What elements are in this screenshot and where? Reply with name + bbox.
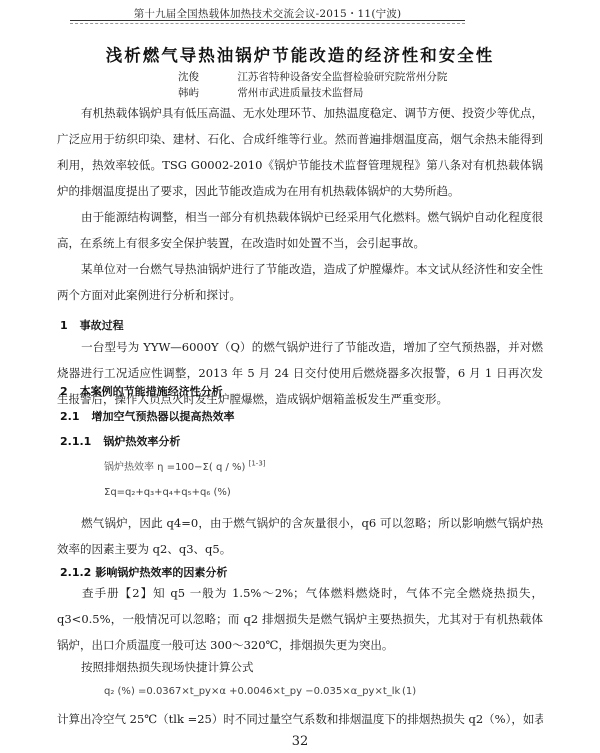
section-title: 事故过程 xyxy=(80,319,124,332)
section-2-1-2-paragraph-2: 按照排烟热损失现场快捷计算公式 xyxy=(57,654,543,680)
paragraph-text: 由于能源结构调整，相当一部分有机热载体锅炉已经采用气化燃料。燃气锅炉自动化程度很… xyxy=(57,210,543,250)
intro-paragraph-1: 有机热载体锅炉具有低压高温、无水处理环节、加热温度稳定、调节方便、投资少等优点，… xyxy=(57,100,543,204)
section-1-paragraph: 一台型号为 YYW—6000Y（Q）的燃气锅炉进行了节能改造，增加了空气预热器，… xyxy=(57,334,543,412)
paragraph-text: 按照排烟热损失现场快捷计算公式 xyxy=(81,660,254,674)
intro-paragraph-2: 由于能源结构调整，相当一部分有机热载体锅炉已经采用气化燃料。燃气锅炉自动化程度很… xyxy=(57,204,543,256)
section-heading-2-1-1: 2.1.1锅炉热效率分析 xyxy=(60,433,180,449)
formula-text: Σq=q₂+q₃+q₄+q₅+q₆ (%) xyxy=(104,487,231,498)
formula-number: (1) xyxy=(402,686,416,697)
header-rule-secondary xyxy=(70,23,465,24)
paper-title: 浅析燃气导热油锅炉节能改造的经济性和安全性 xyxy=(0,42,600,66)
section-title: 影响锅炉热效率的因素分析 xyxy=(95,566,227,579)
section-2-1-1-paragraph: 燃气锅炉，因此 q4=0，由于燃气锅炉的含灰量很小，q6 可以忽略；所以影响燃气… xyxy=(57,510,543,562)
formula-sum: Σq=q₂+q₃+q₄+q₅+q₆ (%) xyxy=(104,487,231,498)
paragraph-text: 计算出冷空气 25℃（tlk =25）时不同过量空气系数和排烟温度下的排烟热损失… xyxy=(57,712,543,726)
author-affiliation: 江苏省特种设备安全监督检验研究院常州分院 xyxy=(237,71,447,83)
section-number: 2.1.1 xyxy=(60,435,91,448)
section-number: 2 xyxy=(60,385,68,398)
paragraph-text: 有机热载体锅炉具有低压高温、无水处理环节、加热温度稳定、调节方便、投资少等优点，… xyxy=(57,106,543,198)
section-number: 2.1.2 xyxy=(60,566,91,579)
author-name: 沈俊 xyxy=(178,69,234,84)
formula-text: 锅炉热效率 η =100−Σ( q / %) xyxy=(104,462,245,473)
section-number: 2.1 xyxy=(60,410,80,423)
citation-ref: [1-3] xyxy=(249,460,266,468)
section-2-1-2-paragraph-1: 查手册【2】知 q5 一般为 1.5%～2%；气体燃料燃烧时，气体不完全燃烧热损… xyxy=(57,580,543,658)
author-name: 韩屿 xyxy=(178,85,234,100)
paragraph-text: 某单位对一台燃气导热油锅炉进行了节能改造，造成了炉膛爆炸。本文试从经济性和安全性… xyxy=(57,262,543,302)
section-heading-1: 1事故过程 xyxy=(60,317,124,333)
header-rule xyxy=(70,20,465,21)
section-heading-2: 2本案例的节能措施经济性分析 xyxy=(60,383,223,399)
formula-efficiency: 锅炉热效率 η =100−Σ( q / %) [1-3] xyxy=(104,458,266,473)
formula-text: q₂ (%) =0.0367×t_py×α +0.0046×t_py −0.03… xyxy=(104,686,400,697)
author-row: 沈俊 江苏省特种设备安全监督检验研究院常州分院 xyxy=(178,69,447,84)
intro-paragraph-3: 某单位对一台燃气导热油锅炉进行了节能改造，造成了炉膛爆炸。本文试从经济性和安全性… xyxy=(57,256,543,308)
author-affiliation: 常州市武进质量技术监督局 xyxy=(237,87,363,99)
section-title: 增加空气预热器以提高热效率 xyxy=(92,410,235,423)
section-number: 1 xyxy=(60,319,68,332)
paragraph-text: 燃气锅炉，因此 q4=0，由于燃气锅炉的含灰量很小，q6 可以忽略；所以影响燃气… xyxy=(57,516,543,556)
formula-q2: q₂ (%) =0.0367×t_py×α +0.0046×t_py −0.03… xyxy=(104,686,400,697)
section-heading-2-1-2: 2.1.2影响锅炉热效率的因素分析 xyxy=(60,564,227,580)
section-2-1-2-paragraph-3: 计算出冷空气 25℃（tlk =25）时不同过量空气系数和排烟温度下的排烟热损失… xyxy=(57,706,543,732)
section-heading-2-1: 2.1增加空气预热器以提高热效率 xyxy=(60,408,235,424)
running-header: 第十九届全国热载体加热技术交流会议-2015・11(宁波) xyxy=(70,6,465,21)
paragraph-text: 查手册【2】知 q5 一般为 1.5%～2%；气体燃料燃烧时，气体不完全燃烧热损… xyxy=(57,586,543,652)
author-row: 韩屿 常州市武进质量技术监督局 xyxy=(178,85,363,100)
section-title: 本案例的节能措施经济性分析 xyxy=(80,385,223,398)
section-title: 锅炉热效率分析 xyxy=(103,435,180,448)
page-number: 32 xyxy=(0,734,600,749)
